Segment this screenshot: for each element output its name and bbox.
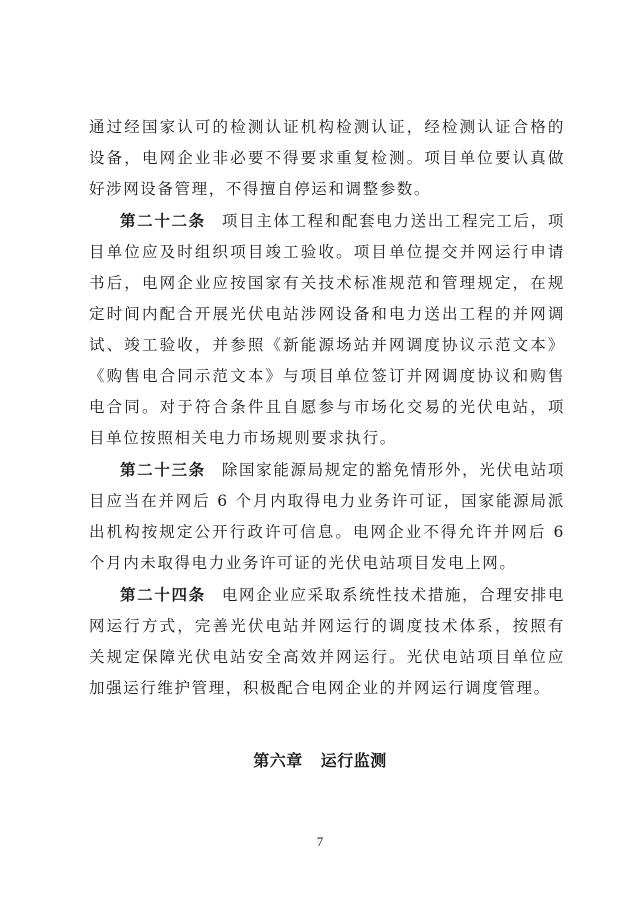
page-number: 7 (0, 834, 640, 850)
paragraph-text: 通过经国家认可的检测认证机构检测认证，经检测认证合格的设备，电网企业非必要不得要… (89, 118, 565, 198)
article-text: 项目主体工程和配套电力送出工程完工后，项目单位应及时组织项目竣工验收。项目单位提… (89, 212, 565, 447)
article-22: 第二十二条项目主体工程和配套电力送出工程完工后，项目单位应及时组织项目竣工验收。… (89, 205, 565, 454)
document-page: 通过经国家认可的检测认证机构检测认证，经检测认证合格的设备，电网企业非必要不得要… (0, 0, 640, 905)
article-23: 第二十三条除国家能源局规定的豁免情形外，光伏电站项目应当在并网后 6 个月内取得… (89, 454, 565, 579)
chapter-heading: 第六章运行监测 (0, 748, 640, 771)
document-body: 通过经国家认可的检测认证机构检测认证，经检测认证合格的设备，电网企业非必要不得要… (89, 112, 565, 704)
article-number: 第二十二条 (120, 211, 206, 230)
paragraph-continuation: 通过经国家认可的检测认证机构检测认证，经检测认证合格的设备，电网企业非必要不得要… (89, 112, 565, 205)
chapter-title: 运行监测 (321, 751, 387, 770)
article-number: 第二十四条 (120, 585, 206, 604)
article-24: 第二十四条电网企业应采取系统性技术措施，合理安排电网运行方式，完善光伏电站并网运… (89, 579, 565, 704)
article-number: 第二十三条 (120, 460, 206, 479)
chapter-number: 第六章 (253, 751, 303, 770)
